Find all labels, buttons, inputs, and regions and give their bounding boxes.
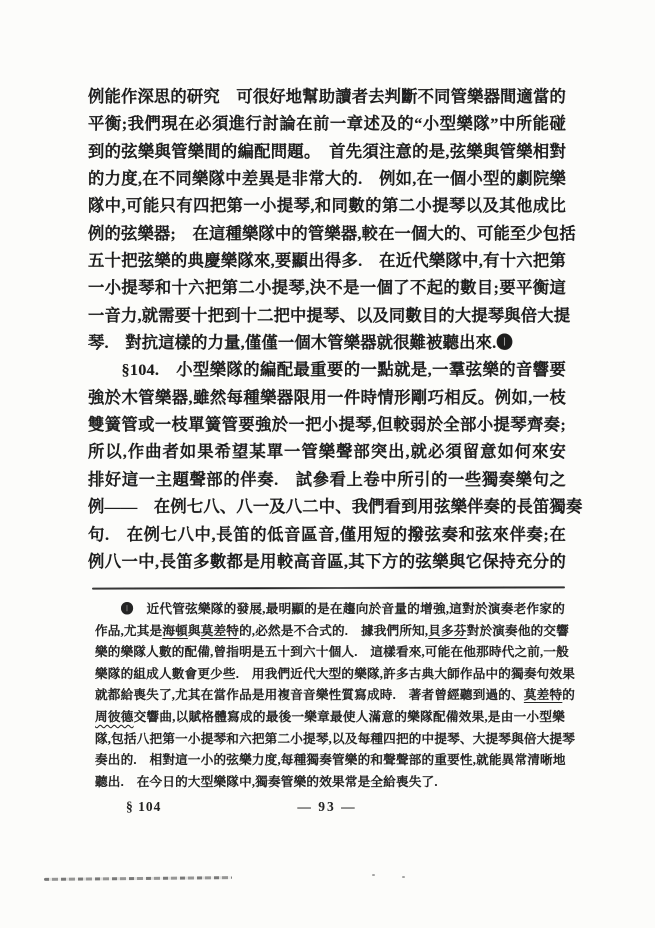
main-text-block: 例能作深思的研究 可很好地幫助讀者去判斷不同管樂器間適當的平衡;我們現在必須進行… bbox=[88, 83, 566, 575]
text-line: 強於木管樂器,雖然每種樂器限用一件時情形剛巧相反。例如,一枝 bbox=[88, 384, 566, 411]
text-line: 句. 在例七八中,長笛的低音區音,僅用短的撥弦奏和弦來伴奏;在 bbox=[88, 521, 566, 548]
text-line: 到的弦樂與管樂間的編配問題。 首先須注意的是,弦樂與管樂相對 bbox=[88, 138, 566, 165]
footnote-text: 隊,包括八把第一小提琴和六把第二小提琴,以及每種四把的中提琴、大提琴與倍大提琴 bbox=[95, 732, 575, 746]
page-footer: § 104 — 93 — bbox=[88, 799, 566, 819]
text-line: 例能作深思的研究 可很好地幫助讀者去判斷不同管樂器間適當的 bbox=[88, 83, 566, 110]
footnote-text: 的,必然是不合式的. 據我們所知, bbox=[239, 624, 428, 638]
text-line: 五十把弦樂的典慶樂隊來,要顯出得多. 在近代樂隊中,有十六把第 bbox=[88, 247, 566, 274]
scan-artifact-dot bbox=[372, 874, 375, 876]
footnote-text: 作品,尤其是 bbox=[95, 624, 162, 638]
text-line: 例—— 在例七八、八一及八二中、我們看到用弦樂伴奏的長笛獨奏 bbox=[88, 493, 566, 520]
footnote-line: 周彼德交響曲,以賦格體寫成的最後一樂章最使人滿意的樂隊配備效果,是由一小型樂 bbox=[95, 707, 565, 729]
book-page: 例能作深思的研究 可很好地幫助讀者去判斷不同管樂器間適當的平衡;我們現在必須進行… bbox=[0, 0, 655, 928]
footnote-text: 樂隊的組成人數會更少些. 用我們近代大型的樂隊,許多古典大師作品中的獨奏句效果 bbox=[95, 667, 575, 681]
footnote-line: 聽出. 在今日的大型樂隊中,獨奏管樂的效果常是全給喪失了. bbox=[95, 772, 565, 794]
footer-page-number: — 93 — bbox=[88, 799, 566, 815]
underlined-name: 莫差特 bbox=[201, 624, 239, 638]
footnote-text: 交響曲,以賦格體寫成的最後一樂章最使人滿意的樂隊配備效果,是由一小型樂 bbox=[134, 710, 565, 724]
footnote-text: 的 bbox=[562, 688, 575, 702]
text-line: 排好這一主題聲部的伴奏. 試參看上卷中所引的一些獨奏樂句之 bbox=[88, 466, 566, 493]
text-line: 例八一中,長笛多數都是用較高音區,其下方的弦樂與它保持充分的 bbox=[88, 548, 566, 575]
text-line: §104. 小型樂隊的編配最重要的一點就是,一羣弦樂的音響要 bbox=[88, 356, 566, 383]
footnote-text: 與 bbox=[188, 624, 201, 638]
footnote-text: 樂的樂隊人數的配備,曾指明是五十到六十個人. 這樣看來,可能在他那時代之前,一般 bbox=[95, 645, 569, 659]
footnote-text: 對於演奏他的交響 bbox=[467, 624, 569, 638]
footnote-line: 樂隊的組成人數會更少些. 用我們近代大型的樂隊,許多古典大師作品中的獨奏句效果 bbox=[95, 664, 565, 686]
footnote-divider bbox=[92, 586, 565, 589]
footnote-text: 就都給喪失了,尤其在當作品是用複音音樂性質寫成時. 著者曾經聽到過的、 bbox=[95, 688, 524, 702]
text-line: 平衡;我們現在必須進行討論在前一章述及的“小型樂隊”中所能碰 bbox=[88, 110, 566, 137]
scan-artifact-dot bbox=[402, 876, 405, 878]
underlined-name: 周彼德 bbox=[95, 710, 134, 724]
footnote-block: ❶ 近代管弦樂隊的發展,最明顯的是在趨向於音量的增強,這對於演奏老作家的作品,尤… bbox=[95, 599, 565, 793]
text-line: 所以,作曲者如果希望某單一管樂聲部突出,就必須留意如何來安 bbox=[88, 438, 566, 465]
underlined-name: 莫差特 bbox=[524, 688, 562, 702]
footnote-line: 作品,尤其是海頓與莫差特的,必然是不合式的. 據我們所知,貝多芬對於演奏他的交響 bbox=[95, 621, 565, 643]
footnote-text: ❶ 近代管弦樂隊的發展,最明顯的是在趨向於音量的增強,這對於演奏老作家的 bbox=[95, 602, 565, 616]
scan-artifact-line bbox=[44, 876, 232, 881]
text-line: 的力度,在不同樂隊中差異是非常大的. 例如,在一個小型的劇院樂 bbox=[88, 165, 566, 192]
footnote-line: ❶ 近代管弦樂隊的發展,最明顯的是在趨向於音量的增強,這對於演奏老作家的 bbox=[95, 599, 565, 621]
footnote-line: 隊,包括八把第一小提琴和六把第二小提琴,以及每種四把的中提琴、大提琴與倍大提琴 bbox=[95, 729, 565, 751]
footnote-line: 樂的樂隊人數的配備,曾指明是五十到六十個人. 這樣看來,可能在他那時代之前,一般 bbox=[95, 642, 565, 664]
footnote-text: 聽出. 在今日的大型樂隊中,獨奏管樂的效果常是全給喪失了. bbox=[95, 775, 438, 789]
text-line: 一音力,就需要十把到十二把中提琴、以及同數目的大提琴與倍大提 bbox=[88, 302, 566, 329]
underlined-name: 貝多芬 bbox=[428, 624, 466, 638]
text-line: 琴. 對抗這樣的力量,僅僅一個木管樂器就很難被聽出來.❶ bbox=[88, 329, 566, 356]
footnote-line: 就都給喪失了,尤其在當作品是用複音音樂性質寫成時. 著者曾經聽到過的、莫差特的 bbox=[95, 685, 565, 707]
text-line: 例的弦樂器; 在這種樂隊中的管樂器,較在一個大的、可能至少包括 bbox=[88, 220, 566, 247]
text-line: 隊中,可能只有四把第一小提琴,和同數的第二小提琴以及其他成比 bbox=[88, 192, 566, 219]
text-line: 一小提琴和十六把第二小提琴,決不是一個了不起的數目;要平衡這 bbox=[88, 274, 566, 301]
footnote-text: 奏出的. 相對這一小的弦樂力度,每種獨奏管樂的和聲聲部的重要性,就能異常清晰地 bbox=[95, 753, 566, 767]
underlined-name: 海頓 bbox=[162, 624, 188, 638]
footnote-line: 奏出的. 相對這一小的弦樂力度,每種獨奏管樂的和聲聲部的重要性,就能異常清晰地 bbox=[95, 750, 565, 772]
text-line: 雙簧管或一枝單簧管要強於一把小提琴,但較弱於全部小提琴齊奏; bbox=[88, 411, 566, 438]
